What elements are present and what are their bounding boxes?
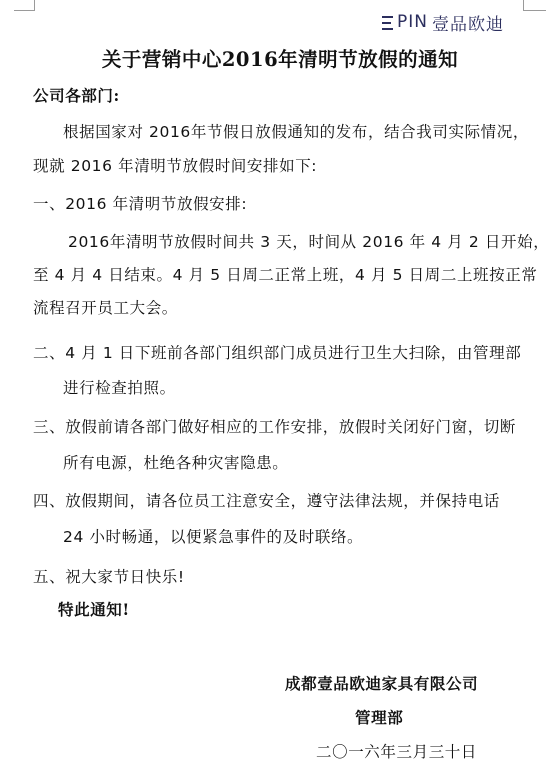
item-2-line-2: 进行检查拍照。 bbox=[63, 376, 176, 398]
document-title: 关于营销中心2016年清明节放假的通知 bbox=[0, 44, 560, 72]
closing-statement: 特此通知! bbox=[58, 598, 130, 620]
item-5-line-1: 五、祝大家节日快乐! bbox=[33, 565, 185, 587]
company-logo: PIN 壹品欧迪 bbox=[382, 12, 504, 32]
crop-mark-top-left bbox=[14, 0, 35, 11]
item-3-line-1: 三、放假前请各部门做好相应的工作安排，放假时关闭好门窗，切断 bbox=[33, 415, 516, 437]
item-1-line-3: 至 4 月 4 日结束。4 月 5 日周二正常上班，4 月 5 日周二上班按正常 bbox=[33, 263, 537, 285]
logo-chinese-text: 壹品欧迪 bbox=[432, 10, 504, 35]
item-1-line-2: 2016年清明节放假时间共 3 天，时间从 2016 年 4 月 2 日开始， bbox=[68, 230, 549, 252]
signature-company: 成都壹品欧迪家具有限公司 bbox=[285, 672, 478, 694]
intro-line-2: 现就 2016 年清明节放假时间安排如下: bbox=[33, 154, 317, 176]
item-1-line-4: 流程召开员工大会。 bbox=[33, 296, 178, 318]
signature-date: 二〇一六年三月三十日 bbox=[316, 740, 477, 762]
signature-department: 管理部 bbox=[355, 706, 403, 728]
intro-line-1: 根据国家对 2016年节假日放假通知的发布，结合我司实际情况， bbox=[63, 120, 529, 142]
item-2-line-1: 二、4 月 1 日下班前各部门组织部门成员进行卫生大扫除，由管理部 bbox=[33, 341, 521, 363]
salutation: 公司各部门: bbox=[33, 84, 120, 106]
crop-mark-top-right bbox=[523, 0, 546, 11]
item-4-line-2: 24 小时畅通，以便紧急事件的及时联络。 bbox=[63, 525, 363, 547]
item-1-heading: 一、2016 年清明节放假安排: bbox=[33, 192, 247, 214]
item-3-line-2: 所有电源，杜绝各种灾害隐患。 bbox=[63, 451, 288, 473]
item-4-line-1: 四、放假期间，请各位员工注意安全，遵守法律法规，并保持电话 bbox=[33, 489, 500, 511]
logo-e-bars-icon bbox=[382, 15, 394, 30]
logo-latin-text: PIN bbox=[397, 12, 428, 32]
